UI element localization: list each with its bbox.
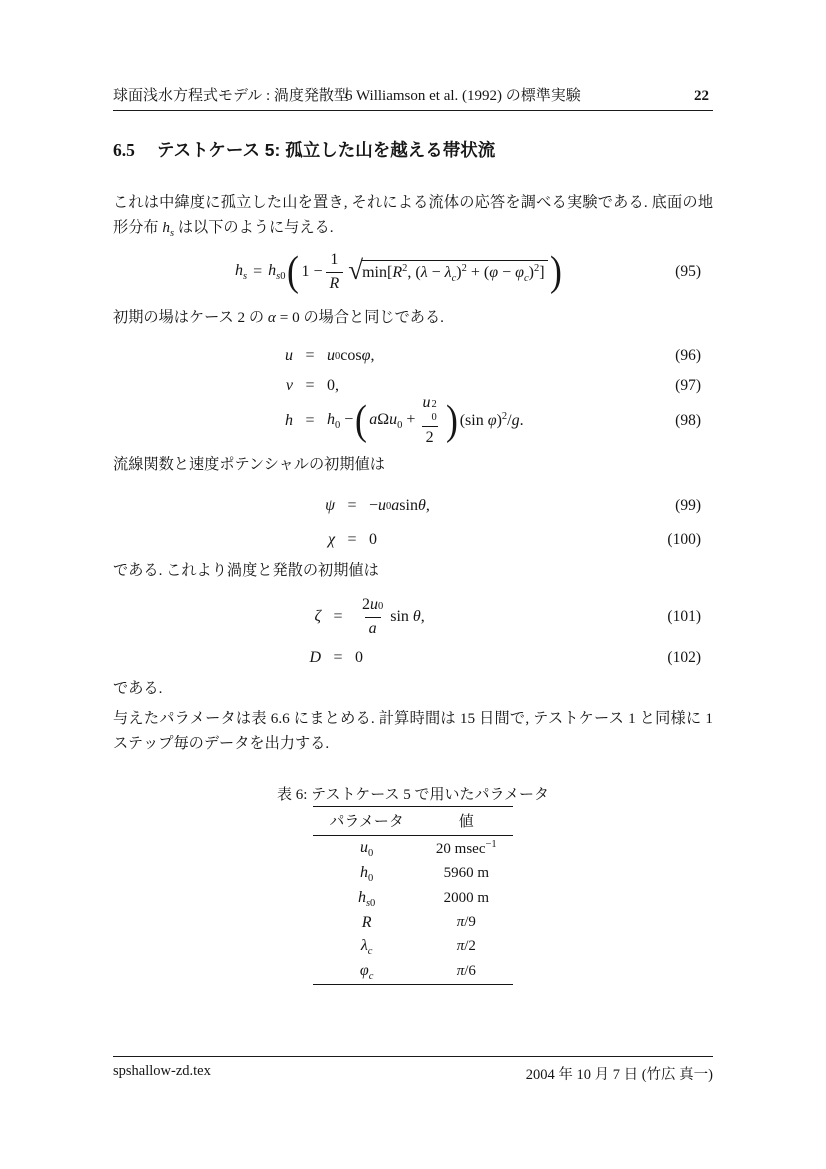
eq96-lhs: u bbox=[263, 347, 293, 365]
page-footer: spshallow-zd.tex 2004 年 10 月 7 日 (竹広 真一) bbox=[113, 1056, 713, 1084]
equation-number: (96) bbox=[675, 347, 701, 365]
equation-number: (101) bbox=[667, 608, 701, 626]
table-row: φc π/6 bbox=[313, 959, 512, 985]
paragraph-vorticity: である. これより渦度と発散の初期値は bbox=[113, 558, 713, 583]
table-row: h0 5960 m bbox=[313, 861, 512, 886]
equation-99: ψ = −u0a sin θ, (99) bbox=[113, 490, 713, 522]
text-column: 球面浅水方程式モデル : 渦度発散型 6 Williamson et al. (… bbox=[113, 0, 713, 1169]
eq95-one-minus: 1 − bbox=[301, 263, 322, 281]
eq95-coefficient: hs0 bbox=[268, 262, 285, 282]
u-base: u bbox=[422, 394, 430, 412]
radical-sign: √ bbox=[348, 260, 363, 280]
section-heading: 6.5テストケース 5: 孤立した山を越える帯状流 bbox=[113, 137, 495, 162]
value-cell: 20 msec−1 bbox=[420, 836, 513, 862]
fraction: 2u0a bbox=[358, 596, 387, 638]
param-cell: u0 bbox=[313, 836, 420, 862]
param-cell: hs0 bbox=[313, 886, 420, 911]
eq102-lhs: D bbox=[291, 649, 321, 667]
fraction: 1R bbox=[326, 251, 344, 293]
footer-date-author: 2004 年 10 月 7 日 (竹広 真一) bbox=[526, 1063, 713, 1084]
equation-100: χ = 0 (100) bbox=[113, 524, 713, 556]
eq97-lhs: v bbox=[263, 377, 293, 395]
eq98-post: (sin φ)2/g. bbox=[460, 411, 524, 430]
page-number: 22 bbox=[694, 88, 709, 105]
radicand: min[R2, (λ − λc)2 + (φ − φc)2] bbox=[361, 260, 547, 284]
fraction-numerator: u20 bbox=[418, 394, 440, 426]
table-row: u0 20 msec−1 bbox=[313, 836, 512, 862]
equation-96: u = u0 cos φ, (96) bbox=[113, 340, 713, 372]
paragraph-streamfunction: 流線関数と速度ポテンシャルの初期値は bbox=[113, 452, 713, 477]
equation-number: (95) bbox=[675, 263, 701, 281]
paragraph-dearu: である. bbox=[113, 676, 713, 701]
section-title: テストケース 5: 孤立した山を越える帯状流 bbox=[157, 140, 495, 160]
eq98-lhs: h bbox=[263, 412, 293, 430]
eq100-rhs: 0 bbox=[369, 531, 377, 549]
square-root: √min[R2, (λ − λc)2 + (φ − φc)2] bbox=[348, 260, 547, 284]
superscript: 2 bbox=[431, 399, 436, 412]
fraction-denominator: R bbox=[326, 272, 344, 293]
eq98-pre: h0 − bbox=[327, 411, 353, 431]
equation-number: (97) bbox=[675, 377, 701, 395]
equals-sign: = bbox=[321, 649, 355, 667]
equals-sign: = bbox=[293, 412, 327, 430]
value-cell: π/6 bbox=[420, 959, 513, 985]
column-header-value: 値 bbox=[420, 807, 513, 836]
section-number: 6.5 bbox=[113, 140, 135, 160]
eq102-rhs: 0 bbox=[355, 649, 363, 667]
value-cell: π/9 bbox=[420, 911, 513, 934]
equation-102: D = 0 (102) bbox=[113, 642, 713, 674]
sup-sub-stack: 20 bbox=[431, 399, 436, 424]
eq98-inner: aΩu0 + bbox=[369, 411, 415, 431]
equation-number: (99) bbox=[675, 497, 701, 515]
header-left-mark: 球面浅水方程式モデル : 渦度発散型 bbox=[113, 84, 349, 105]
value-cell: π/2 bbox=[420, 934, 513, 959]
fraction: u202 bbox=[418, 394, 440, 448]
table-caption: 表 6: テストケース 5 で用いたパラメータ bbox=[113, 783, 713, 804]
equals-sign: = bbox=[253, 263, 262, 281]
table-row: R π/9 bbox=[313, 911, 512, 934]
equation-95-body: hs = hs0 ( 1 − 1R √min[R2, (λ − λc)2 + (… bbox=[235, 251, 564, 293]
value-cell: 5960 m bbox=[420, 861, 513, 886]
eq98-rhs: h0 − ( aΩu0 + u202 ) (sin φ)2/g. bbox=[327, 394, 524, 448]
running-header: 球面浅水方程式モデル : 渦度発散型 6 Williamson et al. (… bbox=[113, 84, 713, 111]
parameter-table: パラメータ 値 u0 20 msec−1 h0 5960 m hs0 bbox=[313, 806, 512, 985]
header-right-mark: 6 Williamson et al. (1992) の標準実験 bbox=[345, 84, 581, 105]
eq97-rhs: 0, bbox=[327, 377, 339, 395]
eq95-lhs: hs bbox=[235, 262, 247, 282]
document-page: 球面浅水方程式モデル : 渦度発散型 6 Williamson et al. (… bbox=[0, 0, 826, 1169]
paragraph-initial-field: 初期の場はケース 2 の α = 0 の場合と同じである. bbox=[113, 305, 713, 330]
eq99-lhs: ψ bbox=[305, 497, 335, 515]
fraction-denominator: a bbox=[365, 617, 381, 638]
equals-sign: = bbox=[335, 531, 369, 549]
equation-101: ζ = 2u0a sin θ, (101) bbox=[113, 590, 713, 644]
equation-number: (98) bbox=[675, 412, 701, 430]
fraction-numerator: 2u0 bbox=[358, 596, 387, 616]
param-cell: R bbox=[313, 911, 420, 934]
equation-95: hs = hs0 ( 1 − 1R √min[R2, (λ − λc)2 + (… bbox=[113, 246, 713, 298]
eq101-lhs: ζ bbox=[291, 608, 321, 626]
footer-filename: spshallow-zd.tex bbox=[113, 1063, 211, 1084]
equals-sign: = bbox=[321, 608, 355, 626]
fraction-numerator: 1 bbox=[326, 251, 342, 271]
equals-sign: = bbox=[293, 347, 327, 365]
eq101-post: sin θ, bbox=[390, 608, 425, 626]
param-cell: h0 bbox=[313, 861, 420, 886]
paragraph-parameters: 与えたパラメータは表 6.6 にまとめる. 計算時間は 15 日間で, テストケ… bbox=[113, 706, 713, 756]
equals-sign: = bbox=[293, 377, 327, 395]
param-cell: λc bbox=[313, 934, 420, 959]
equation-number: (102) bbox=[667, 649, 701, 667]
equation-number: (100) bbox=[667, 531, 701, 549]
eq100-lhs: χ bbox=[305, 531, 335, 549]
eq101-rhs: 2u0a sin θ, bbox=[355, 596, 425, 638]
equation-98: h = h0 − ( aΩu0 + u202 ) (sin φ)2/g. (98… bbox=[113, 394, 713, 448]
table-row: λc π/2 bbox=[313, 934, 512, 959]
value-cell: 2000 m bbox=[420, 886, 513, 911]
eq99-rhs: −u0a sin θ, bbox=[369, 497, 430, 515]
table-header-row: パラメータ 値 bbox=[313, 807, 512, 836]
table-row: hs0 2000 m bbox=[313, 886, 512, 911]
eq96-rhs: u0 cos φ, bbox=[327, 347, 374, 365]
paragraph-intro: これは中緯度に孤立した山を置き, それによる流体の応答を調べる実験である. 底面… bbox=[113, 190, 713, 246]
subscript: 0 bbox=[431, 412, 436, 425]
fraction-denominator: 2 bbox=[422, 426, 438, 447]
column-header-parameter: パラメータ bbox=[313, 807, 420, 836]
equals-sign: = bbox=[335, 497, 369, 515]
table-wrapper: パラメータ 値 u0 20 msec−1 h0 5960 m hs0 bbox=[113, 806, 713, 985]
param-cell: φc bbox=[313, 959, 420, 985]
